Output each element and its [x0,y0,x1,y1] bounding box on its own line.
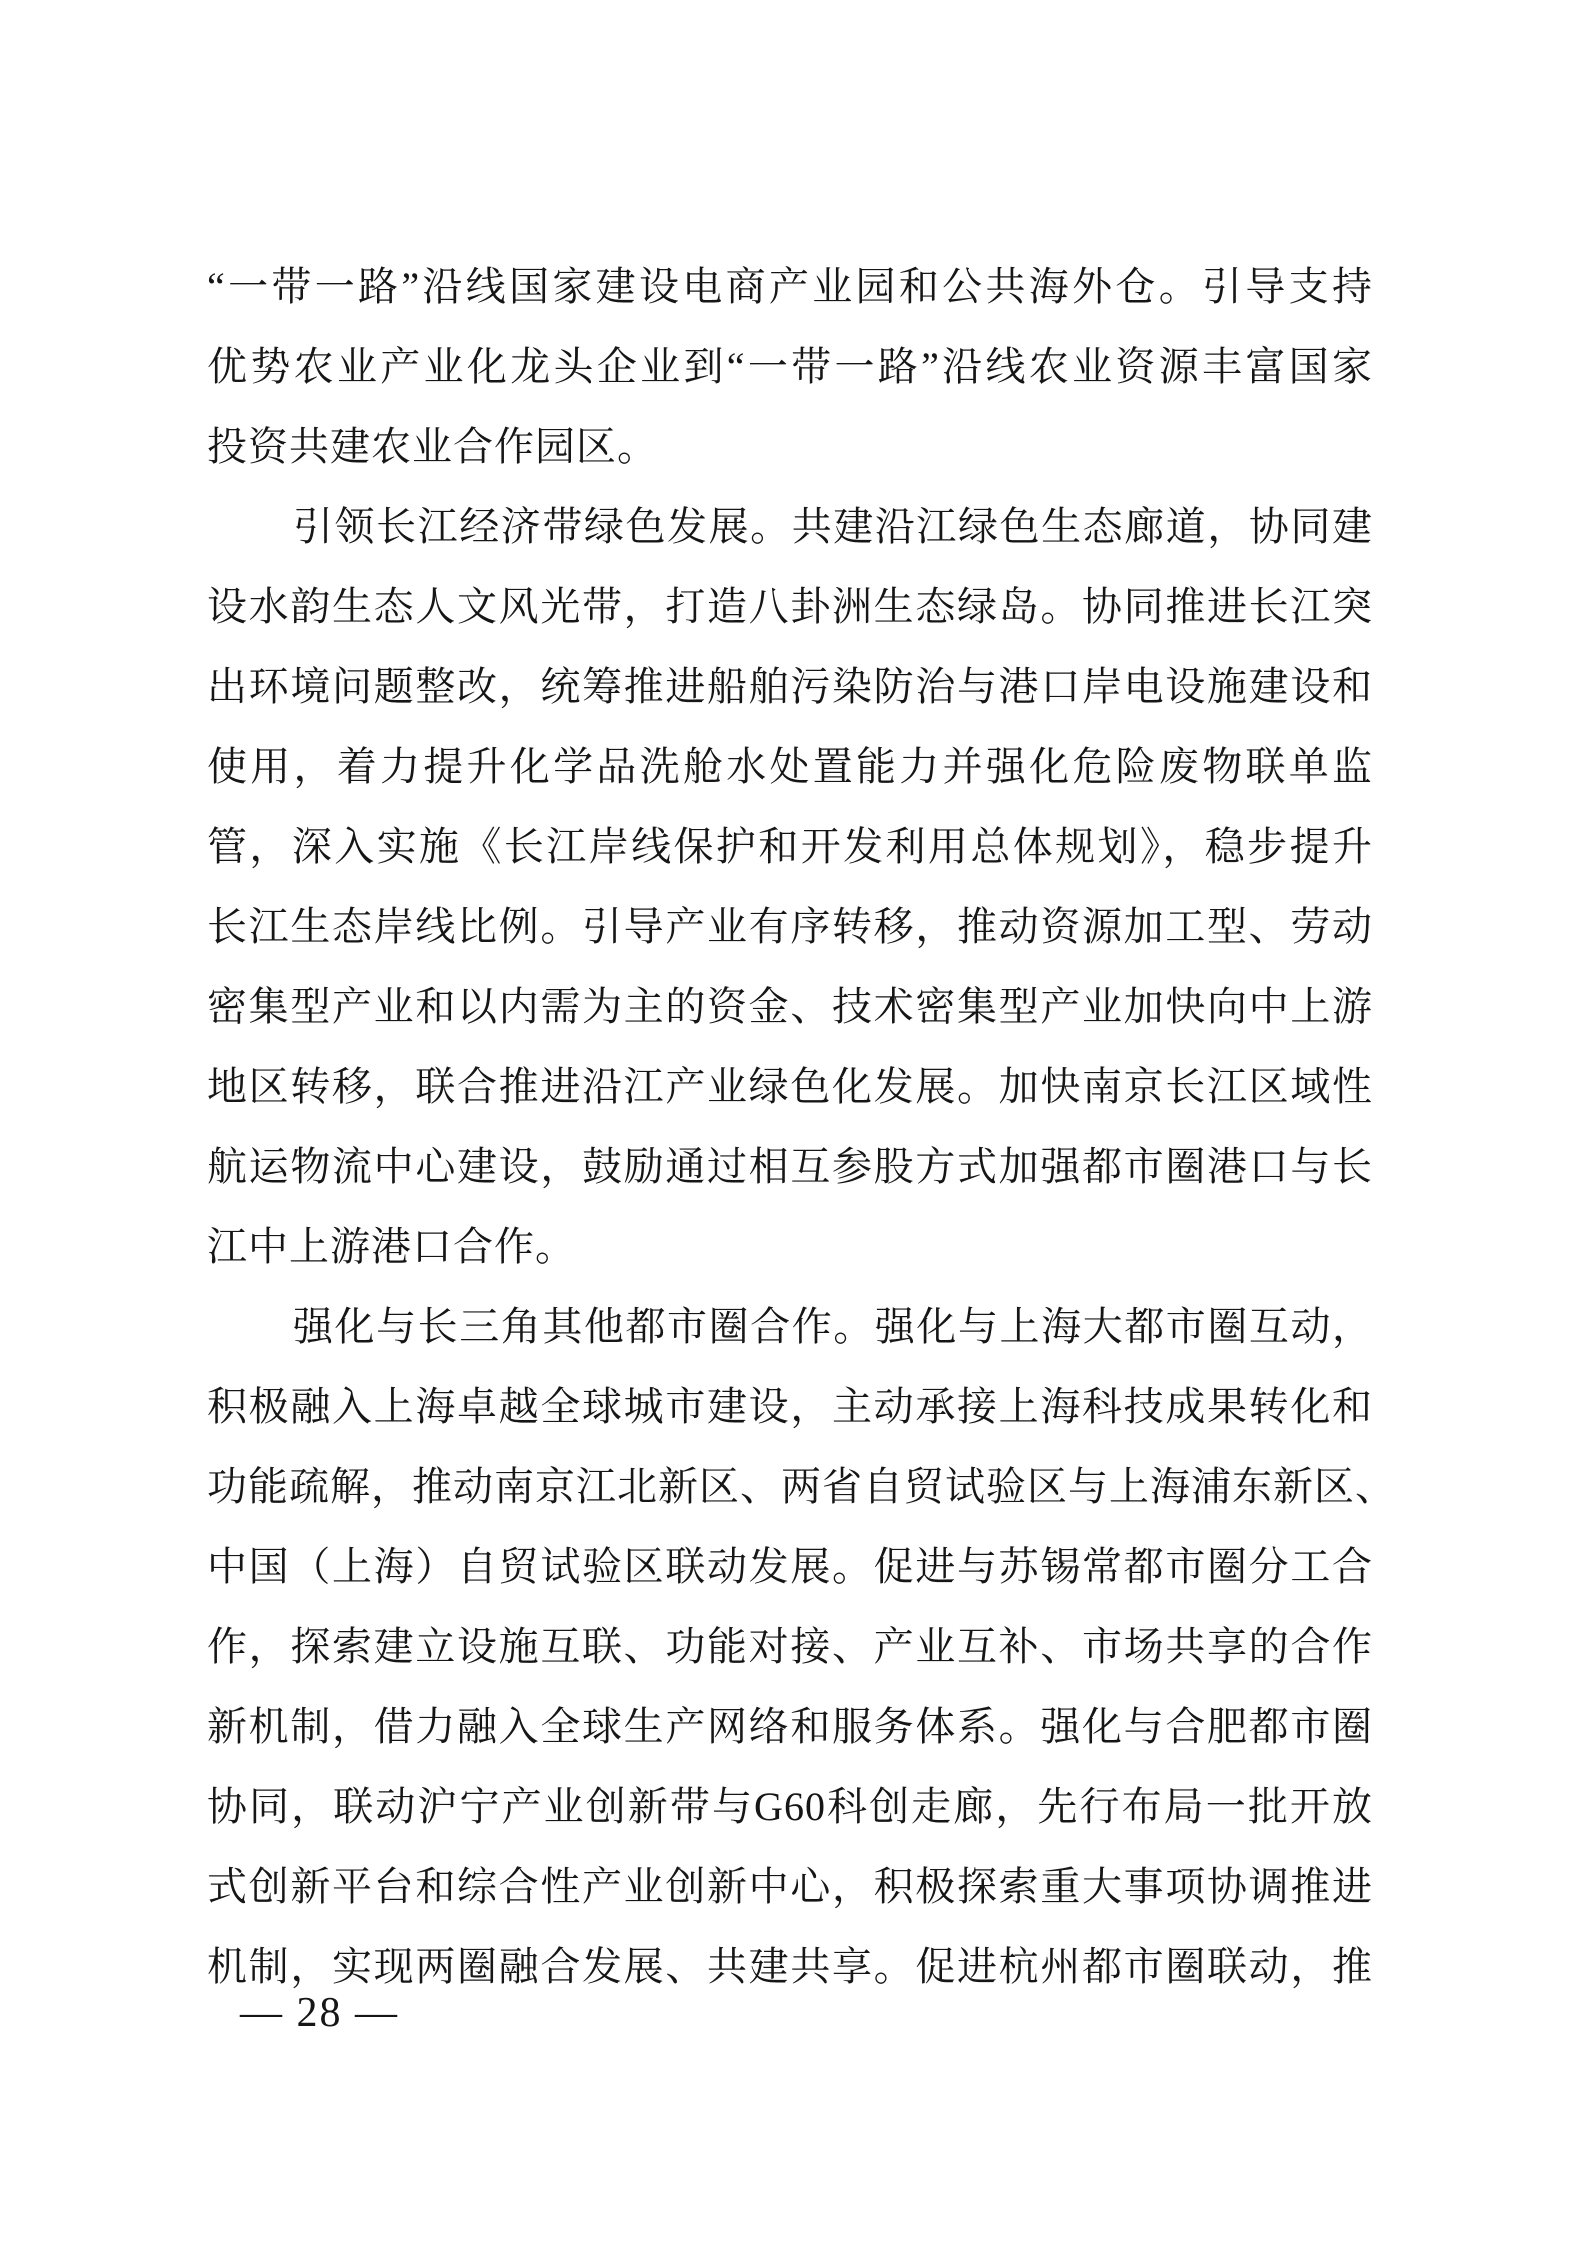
text-line: 地区转移，联合推进沿江产业绿色化发展。加快南京长江区域性 [207,1047,1373,1127]
text-line: 积极融入上海卓越全球城市建设，主动承接上海科技成果转化和 [207,1367,1373,1447]
text-line: 投资共建农业合作园区。 [207,407,1373,487]
text-line: 中国（上海）自贸试验区联动发展。促进与苏锡常都市圈分工合 [207,1527,1373,1607]
text-line: 优势农业产业化龙头企业到“一带一路”沿线农业资源丰富国家 [207,327,1373,407]
document-page: “一带一路”沿线国家建设电商产业园和公共海外仓。引导支持 优势农业产业化龙头企业… [0,0,1587,2245]
text-line: 管，深入实施《长江岸线保护和开发利用总体规划》，稳步提升 [207,807,1373,887]
text-line: 设水韵生态人文风光带，打造八卦洲生态绿岛。协同推进长江突 [207,567,1373,647]
paragraph: 引领长江经济带绿色发展。共建沿江绿色生态廊道，协同建 设水韵生态人文风光带，打造… [207,487,1373,1287]
text-line: 协同，联动沪宁产业创新带与G60科创走廊，先行布局一批开放 [207,1767,1373,1847]
text-line: 使用，着力提升化学品洗舱水处置能力并强化危险废物联单监 [207,727,1373,807]
paragraph: 强化与长三角其他都市圈合作。强化与上海大都市圈互动， 积极融入上海卓越全球城市建… [207,1287,1373,2007]
page-number: — 28 — [240,1983,399,2043]
page-body-text: “一带一路”沿线国家建设电商产业园和公共海外仓。引导支持 优势农业产业化龙头企业… [207,247,1373,2007]
text-line: 江中上游港口合作。 [207,1207,1373,1287]
text-line: 作，探索建立设施互联、功能对接、产业互补、市场共享的合作 [207,1607,1373,1687]
text-line: 航运物流中心建设，鼓励通过相互参股方式加强都市圈港口与长 [207,1127,1373,1207]
paragraph: “一带一路”沿线国家建设电商产业园和公共海外仓。引导支持 优势农业产业化龙头企业… [207,247,1373,487]
text-line: 新机制，借力融入全球生产网络和服务体系。强化与合肥都市圈 [207,1687,1373,1767]
text-line: 引领长江经济带绿色发展。共建沿江绿色生态廊道，协同建 [207,487,1373,567]
text-line: 式创新平台和综合性产业创新中心，积极探索重大事项协调推进 [207,1847,1373,1927]
text-line: 密集型产业和以内需为主的资金、技术密集型产业加快向中上游 [207,967,1373,1047]
text-line: 出环境问题整改，统筹推进船舶污染防治与港口岸电设施建设和 [207,647,1373,727]
text-line: “一带一路”沿线国家建设电商产业园和公共海外仓。引导支持 [207,247,1373,327]
text-line: 强化与长三角其他都市圈合作。强化与上海大都市圈互动， [207,1287,1373,1367]
text-line: 功能疏解，推动南京江北新区、两省自贸试验区与上海浦东新区、 [207,1447,1373,1527]
text-line: 长江生态岸线比例。引导产业有序转移，推动资源加工型、劳动 [207,887,1373,967]
